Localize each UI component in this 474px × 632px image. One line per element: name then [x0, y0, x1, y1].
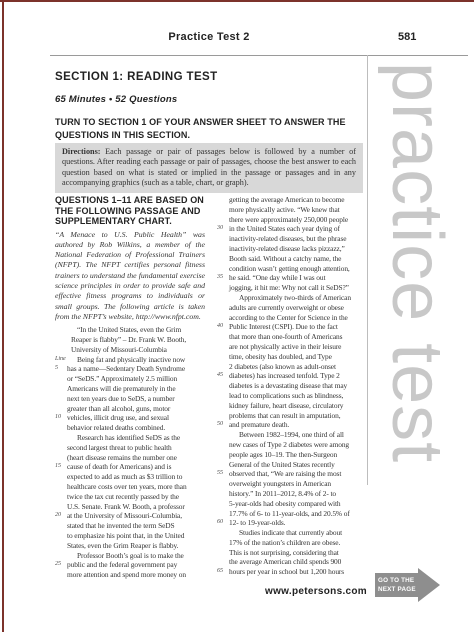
line-number: Line — [55, 355, 66, 365]
next-page-label: GO TO THE NEXT PAGE — [375, 573, 418, 597]
passage-line: inactivity-related disease lacks pizzazz… — [217, 244, 367, 254]
line-number: 15 — [55, 462, 61, 472]
line-text: Being fat and physically inactive now — [77, 355, 185, 364]
passage-line: inactivity-related diseases, but the phr… — [217, 234, 367, 244]
passage-line: 45diabetes) has increased tenfold. Type … — [217, 371, 367, 381]
passage-line: more physically active. “We knew that — [217, 205, 367, 215]
passage-line: 50and premature death. — [217, 420, 367, 430]
next-page-line2: NEXT PAGE — [378, 585, 418, 594]
passage-line: U.S. Senate. Frank W. Booth, a professor — [55, 502, 205, 512]
line-text: there were approximately 250,000 people — [229, 215, 348, 224]
passage-line: Research has identified SeDS as the — [55, 433, 205, 443]
line-text: are not physically active in their leisu… — [229, 342, 341, 351]
line-text: jogging, it hit me: Why not call it SeDS… — [229, 283, 349, 292]
passage-line: stated that he invented the term SeDS — [55, 521, 205, 531]
passage-line: more attention and spend more money on — [55, 570, 205, 580]
line-number: 30 — [217, 224, 223, 234]
passage-line: there were approximately 250,000 people — [217, 215, 367, 225]
line-text: 5-year-olds had obesity compared with — [229, 499, 341, 508]
line-text: lead to complications such as blindness, — [229, 391, 343, 400]
line-text: condition wasn’t getting enough attentio… — [229, 264, 350, 273]
section-timing: 65 Minutes • 52 Questions — [55, 94, 177, 105]
passage-line: lead to complications such as blindness, — [217, 391, 367, 401]
passage-line: 10vehicles, illicit drug use, and sexual — [55, 413, 205, 423]
passage-line: according to the Center for Science in t… — [217, 313, 367, 323]
line-number: 50 — [217, 420, 223, 430]
passage-line: 35he said. “One day while I was out — [217, 273, 367, 283]
line-text: U.S. Senate. Frank W. Booth, a professor — [67, 502, 185, 511]
practice-test-watermark: practice test — [373, 62, 458, 502]
margin-divider-rule — [367, 55, 368, 485]
arrow-right-icon — [418, 568, 440, 602]
passage-line: 17% of the nation’s children are obese. — [217, 538, 367, 548]
line-text: expected to add as much as $3 trillion t… — [67, 472, 182, 481]
line-text: has a name—Sedentary Death Syndrome — [67, 364, 185, 373]
passage-line: 15cause of death for Americans) and is — [55, 462, 205, 472]
page-number: 581 — [398, 31, 416, 43]
passage-line: Approximately two-thirds of American — [217, 293, 367, 303]
line-text: that more than one-fourth of Americans — [229, 332, 342, 341]
line-number: 40 — [217, 322, 223, 332]
line-text: inactivity-related disease lacks pizzazz… — [229, 244, 345, 253]
passage-line: that more than one-fourth of Americans — [217, 332, 367, 342]
passage-line: time, obesity has doubled, and Type — [217, 352, 367, 362]
passage-line: kidney failure, heart disease, circulato… — [217, 401, 367, 411]
line-text: in the United States each year dying of — [229, 224, 340, 233]
passage-line: second largest threat to public health — [55, 443, 205, 453]
line-text: cause of death for Americans) and is — [67, 462, 171, 471]
line-text: vehicles, illicit drug use, and sexual — [67, 413, 169, 422]
line-text: next ten years due to SeDS, a number — [67, 394, 175, 403]
passage-line: condition wasn’t getting enough attentio… — [217, 264, 367, 274]
passage-line: LineBeing fat and physically inactive no… — [55, 355, 205, 365]
line-text: (heart disease remains the number one — [67, 453, 177, 462]
passage-intro: “A Menace to U.S. Public Health” was aut… — [55, 230, 205, 323]
line-text: history.” In 2011–2012, 8.4% of 2- to — [229, 489, 336, 498]
line-text: he said. “One day while I was out — [229, 273, 325, 282]
line-text: overweight youngsters in American — [229, 479, 331, 488]
passage-line: University of Missouri-Columbia — [55, 345, 205, 355]
passage-line: jogging, it hit me: Why not call it SeDS… — [217, 283, 367, 293]
directions-box: Directions: Each passage or pair of pass… — [55, 143, 363, 193]
passage-line: healthcare costs over ten years, more th… — [55, 482, 205, 492]
passage-line: the average American child spends 900 — [217, 557, 367, 567]
passage-line: getting the average American to become — [217, 195, 367, 205]
passage-line: overweight youngsters in American — [217, 479, 367, 489]
line-text: and premature death. — [229, 420, 289, 429]
line-text: observed that, “We are raising the most — [229, 469, 341, 478]
passage-line: 40Public Interest (CSPI). Due to the fac… — [217, 322, 367, 332]
line-text: diabetes) has increased tenfold. Type 2 — [229, 371, 340, 380]
line-text: Public Interest (CSPI). Due to the fact — [229, 322, 338, 331]
passage-lines-right: getting the average American to becomemo… — [217, 195, 367, 577]
line-text: stated that he invented the term SeDS — [67, 521, 175, 530]
left-column: QUESTIONS 1–11 ARE BASED ON THE FOLLOWIN… — [55, 195, 205, 580]
passage-line: new cases of Type 2 diabetes were among — [217, 440, 367, 450]
passage-line: Americans will die prematurely in the — [55, 384, 205, 394]
passage-line: Reaper is flabby” – Dr. Frank W. Booth, — [55, 335, 205, 345]
passage-line: or “SeDS.” Approximately 2.5 million — [55, 374, 205, 384]
passage-line: 5-year-olds had obesity compared with — [217, 499, 367, 509]
passage-line: 2 diabetes (also known as adult-onset — [217, 362, 367, 372]
passage-line: diabetes is a devastating disease that m… — [217, 381, 367, 391]
line-text: 12- to 19-year-olds. — [229, 518, 285, 527]
line-text: States, even the Grim Reaper is flabby. — [67, 541, 178, 550]
line-text: Reaper is flabby” – Dr. Frank W. Booth, — [71, 335, 186, 344]
page-edge-top-line — [0, 0, 474, 2]
line-text: healthcare costs over ten years, more th… — [67, 482, 187, 491]
passage-line: next ten years due to SeDS, a number — [55, 394, 205, 404]
passage-line: history.” In 2011–2012, 8.4% of 2- to — [217, 489, 367, 499]
line-text: hours per year in school but 1,200 hours — [229, 567, 344, 576]
right-column: getting the average American to becomemo… — [217, 195, 367, 580]
line-text: Between 1982–1994, one third of all — [239, 430, 344, 439]
passage-line: General of the United States recently — [217, 460, 367, 470]
passage-line: greater than all alcohol, guns, motor — [55, 404, 205, 414]
line-text: 17% of the nation’s children are obese. — [229, 538, 340, 547]
passage-line: 65hours per year in school but 1,200 hou… — [217, 567, 367, 577]
passage-line: Booth said. Without a catchy name, the — [217, 254, 367, 264]
passage-line: Between 1982–1994, one third of all — [217, 430, 367, 440]
passage-line: (heart disease remains the number one — [55, 453, 205, 463]
passage-line: This is not surprising, considering that — [217, 548, 367, 558]
line-number: 20 — [55, 511, 61, 521]
passage-lines-left: “In the United States, even the GrimReap… — [55, 325, 205, 580]
line-number: 5 — [55, 364, 58, 374]
line-text: Professor Booth’s goal is to make the — [77, 551, 184, 560]
line-text: General of the United States recently — [229, 460, 335, 469]
line-text: more attention and spend more money on — [67, 570, 186, 579]
line-text: adults are currently overweight or obese — [229, 303, 344, 312]
directions-label: Directions: — [62, 147, 101, 156]
line-text: 17.7% of 6- to 11-year-olds, and 20.5% o… — [229, 509, 350, 518]
line-text: University of Missouri-Columbia — [71, 345, 167, 354]
passage-line: 20at the University of Missouri-Columbia… — [55, 511, 205, 521]
line-number: 35 — [217, 273, 223, 283]
passage-line: problems that can result in amputation, — [217, 411, 367, 421]
line-number: 45 — [217, 371, 223, 381]
section-title: SECTION 1: READING TEST — [55, 71, 218, 83]
passage-line: twice the tax cut recently passed by the — [55, 492, 205, 502]
passage-line: States, even the Grim Reaper is flabby. — [55, 541, 205, 551]
line-number: 65 — [217, 567, 223, 577]
line-text: at the University of Missouri-Columbia, — [67, 511, 182, 520]
question-range-header: QUESTIONS 1–11 ARE BASED ON THE FOLLOWIN… — [55, 195, 205, 227]
line-number: 10 — [55, 413, 61, 423]
passage-line: are not physically active in their leisu… — [217, 342, 367, 352]
line-text: kidney failure, heart disease, circulato… — [229, 401, 343, 410]
line-number: 25 — [55, 560, 61, 570]
line-text: Studies indicate that currently about — [239, 528, 342, 537]
scanned-book-page: Practice Test 2 581 practice test SECTIO… — [0, 0, 474, 632]
line-text: This is not surprising, considering that — [229, 548, 339, 557]
line-text: behavior related deaths combined. — [67, 423, 165, 432]
next-page-line1: GO TO THE — [378, 576, 418, 585]
turn-to-instruction: TURN TO SECTION 1 OF YOUR ANSWER SHEET T… — [55, 116, 367, 141]
running-header: Practice Test 2 — [55, 31, 363, 43]
line-text: or “SeDS.” Approximately 2.5 million — [67, 374, 177, 383]
directions-text: Each passage or pair of passages below i… — [62, 147, 356, 187]
page-edge-left-line — [2, 0, 4, 632]
line-text: according to the Center for Science in t… — [229, 313, 348, 322]
line-text: time, obesity has doubled, and Type — [229, 352, 332, 361]
passage-line: Studies indicate that currently about — [217, 528, 367, 538]
line-text: 2 diabetes (also known as adult-onset — [229, 362, 336, 371]
line-text: twice the tax cut recently passed by the — [67, 492, 179, 501]
line-text: greater than all alcohol, guns, motor — [67, 404, 170, 413]
line-text: new cases of Type 2 diabetes were among — [229, 440, 349, 449]
passage-line: 55observed that, “We are raising the mos… — [217, 469, 367, 479]
line-text: Approximately two-thirds of American — [239, 293, 351, 302]
line-text: Americans will die prematurely in the — [67, 384, 176, 393]
line-text: problems that can result in amputation, — [229, 411, 340, 420]
passage-line: 25public and the federal government pay — [55, 560, 205, 570]
passage-line: behavior related deaths combined. — [55, 423, 205, 433]
passage-line: 6012- to 19-year-olds. — [217, 518, 367, 528]
line-text: public and the federal government pay — [67, 560, 177, 569]
line-text: Research has identified SeDS as the — [77, 433, 180, 442]
line-number: 60 — [217, 518, 223, 528]
line-text: the average American child spends 900 — [229, 557, 341, 566]
passage-line: adults are currently overweight or obese — [217, 303, 367, 313]
passage-line: Professor Booth’s goal is to make the — [55, 551, 205, 561]
line-text: getting the average American to become — [229, 195, 344, 204]
line-text: more physically active. “We knew that — [229, 205, 340, 214]
passage-line: to emphasize his point that, in the Unit… — [55, 531, 205, 541]
passage-line: 17.7% of 6- to 11-year-olds, and 20.5% o… — [217, 509, 367, 519]
passage-line: “In the United States, even the Grim — [55, 325, 205, 335]
passage-line: expected to add as much as $3 trillion t… — [55, 472, 205, 482]
passage-line: 30in the United States each year dying o… — [217, 224, 367, 234]
passage-line: 5has a name—Sedentary Death Syndrome — [55, 364, 205, 374]
line-text: Booth said. Without a catchy name, the — [229, 254, 341, 263]
passage-line: people ages 10–19. The then-Surgeon — [217, 450, 367, 460]
footer-url: www.petersons.com — [55, 586, 367, 597]
line-text: inactivity-related diseases, but the phr… — [229, 234, 346, 243]
line-text: diabetes is a devastating disease that m… — [229, 381, 347, 390]
line-text: to emphasize his point that, in the Unit… — [67, 531, 184, 540]
line-text: people ages 10–19. The then-Surgeon — [229, 450, 337, 459]
line-text: second largest threat to public health — [67, 443, 172, 452]
line-number: 55 — [217, 469, 223, 479]
passage-columns: QUESTIONS 1–11 ARE BASED ON THE FOLLOWIN… — [55, 195, 367, 580]
next-page-button: GO TO THE NEXT PAGE — [375, 568, 440, 602]
header-rule — [50, 55, 468, 56]
line-text: “In the United States, even the Grim — [77, 325, 181, 334]
